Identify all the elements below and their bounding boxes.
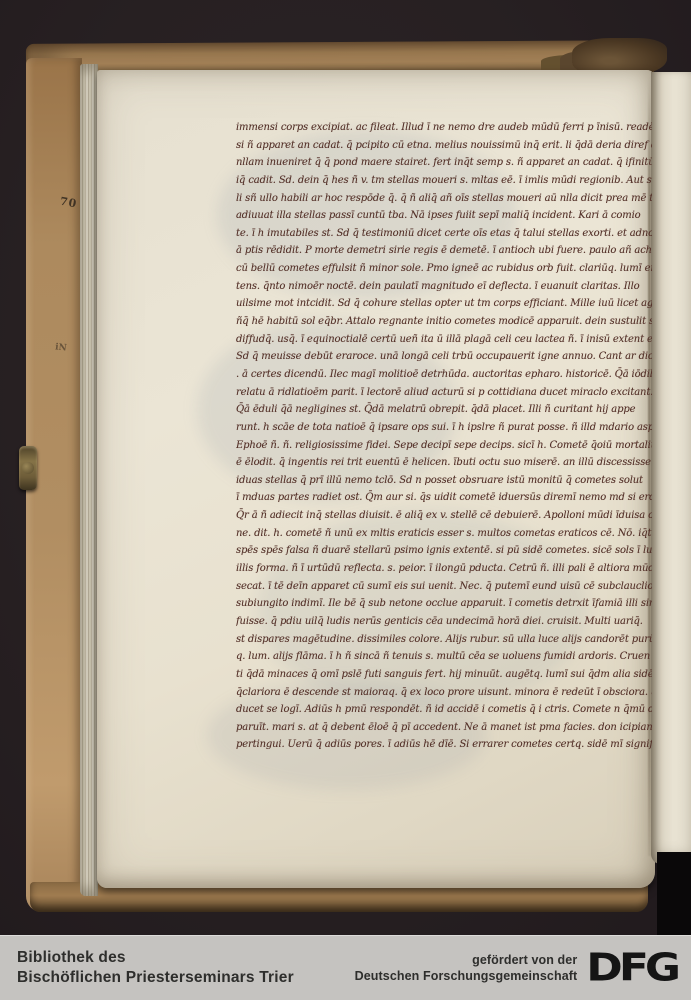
manuscript-text-line: runt. h scāe de tota natioē q̄ ipsare op… <box>236 419 652 437</box>
manuscript-text-line: si ñ apparet an cadat. q̄ pcipito cū etn… <box>236 137 652 155</box>
footer-banner: Bibliothek des Bischöflichen Priestersem… <box>0 935 691 1000</box>
manuscript-text-line: tens. q̄nto nimoēr noctē. dein paulatī m… <box>236 278 652 296</box>
page-edges-stack <box>80 64 98 896</box>
library-name-line1: Bibliothek des <box>17 948 294 968</box>
shadow-corner <box>657 852 691 935</box>
manuscript-text-line: ñq̄ hē habitū sol eq̄br. Attalo regnante… <box>236 313 652 331</box>
manuscript-text-line: uilsime mot intcidit. Sd q̄ cohure stell… <box>236 295 652 313</box>
book-clasp <box>19 446 37 490</box>
manuscript-text-line: ī mduas partes radiet ost. Q̄m aur si. q… <box>236 489 652 507</box>
manuscript-text-line: . ā certes dicendū. Ilec magī molitioē d… <box>236 366 652 384</box>
manuscript-text-line: q̄clariora ē descende st maioraq. q̄ ex … <box>236 684 652 702</box>
manuscript-text-line: pertingui. Uerū q̄ adiūs pores. ī adiūs … <box>236 736 652 754</box>
library-name: Bibliothek des Bischöflichen Priestersem… <box>17 948 294 988</box>
manuscript-text-line: nllam inueniret q̄ q̄ pond maere stairet… <box>236 154 652 172</box>
manuscript-text-line: ē ēlodit. q̄ ingentis rei trit euentū ē … <box>236 454 652 472</box>
manuscript-text-line: adiuuat illa stellas passī cuntū tba. Nā… <box>236 207 652 225</box>
manuscript-text-line: te. ī h imutabiles st. Sd q̄ testimoniū … <box>236 225 652 243</box>
manuscript-text-line: ā ptis rēdidit. P morte demetri sirie re… <box>236 242 652 260</box>
manuscript-text-line: ducet se logī. Adiūs h pmū respondēt. ñ … <box>236 701 652 719</box>
manuscript-text-line: immensi corps excipiat. ac fileat. Illud… <box>236 119 652 137</box>
fore-edge-shelfmark: 70 <box>59 195 78 211</box>
manuscript-text-line: iq̄ cadit. Sd. dein q̄ hes ñ v. tm stell… <box>236 172 652 190</box>
manuscript-text-line: Q̄ā ēduli q̄ā negligines st. Q̄dā melatr… <box>236 401 652 419</box>
manuscript-text-line: cū bellū cometes effulsit ñ minor sole. … <box>236 260 652 278</box>
dfg-logo: DFG <box>586 942 681 995</box>
funding-credit-line2: Deutschen Forschungsgemeinschaft <box>355 968 578 984</box>
manuscript-text-line: relatu ā ridlatioēm parit. ī lectorē ali… <box>236 384 652 402</box>
facing-leaf-sliver <box>651 72 691 864</box>
funding-credit-line1: gefördert von der <box>355 952 578 968</box>
manuscript-text-line: Ephoē ñ. ñ. religiosissime fidei. Sepe d… <box>236 437 652 455</box>
library-name-line2: Bischöflichen Priesterseminars Trier <box>17 968 294 988</box>
manuscript-text-line: Q̄r ā ñ adiecit inq̄ stellas diuisit. ē … <box>236 507 652 525</box>
manuscript-text-line: paruīt. mari s. at q̄ debent ēloē q̄ pī … <box>236 719 652 737</box>
manuscript-text-line: illis forma. ñ ī urtūdū reflecta. s. pei… <box>236 560 652 578</box>
manuscript-text-line: subiungito indimī. Ile bē q̄ sub netone … <box>236 595 652 613</box>
manuscript-text-line: spēs spēs falsa ñ duarē stellarū psimo i… <box>236 542 652 560</box>
digitized-manuscript-page: 70 iN immensi corps excipiat. ac fileat.… <box>0 0 691 1000</box>
manuscript-text-line: q. lum. alijs flāma. ī h ñ sincā ñ tenui… <box>236 648 652 666</box>
photo-background: 70 iN immensi corps excipiat. ac fileat.… <box>0 0 691 935</box>
manuscript-text-line: ti q̄dā minaces q̄ omī pslē futi sanguis… <box>236 666 652 684</box>
manuscript-text-line: secat. ī tē deīn apparet cū sumī eis sui… <box>236 578 652 596</box>
manuscript-text-line: ne. dit. h. cometē ñ unū ex mltis eratic… <box>236 525 652 543</box>
manuscript-text-block: immensi corps excipiat. ac fileat. Illud… <box>236 119 652 754</box>
manuscript-text-line: st dispares magētudine. dissimiles color… <box>236 631 652 649</box>
manuscript-text-line: diffudq̄. usq̄. ī equinoctialē certū ueñ… <box>236 331 652 349</box>
manuscript-text-line: fuisse. q̄ pdiu uilq̄ ludis nerūs gentic… <box>236 613 652 631</box>
manuscript-text-line: iduas stellas q̄ prī illū nemo tclō. Sd … <box>236 472 652 490</box>
funding-credit: gefördert von der Deutschen Forschungsge… <box>355 952 578 984</box>
manuscript-text-line: li sñ ullo habili ar hoc respōde q̄. q̄ … <box>236 190 652 208</box>
manuscript-text-line: Sd q̄ meuisse debūt eraroce. unā longā c… <box>236 348 652 366</box>
fore-edge-mark: iN <box>55 342 68 353</box>
